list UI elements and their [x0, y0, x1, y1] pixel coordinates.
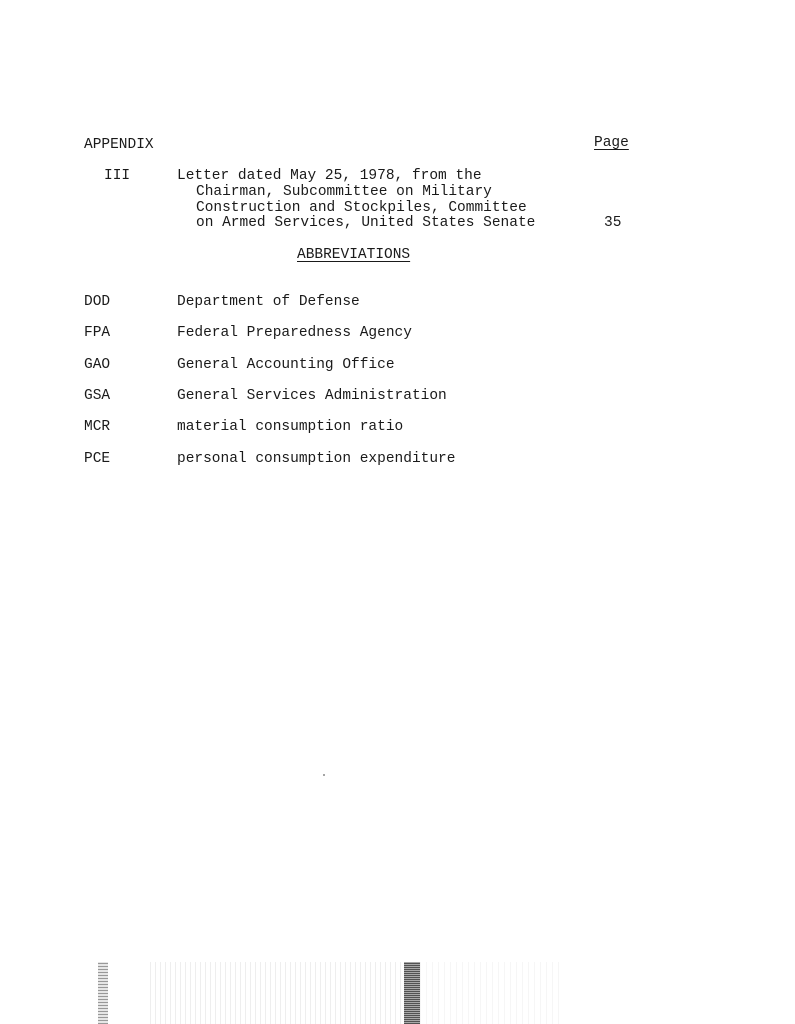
- abbreviations-title: ABBREVIATIONS: [297, 247, 410, 263]
- abbreviation-meaning: General Accounting Office: [177, 357, 395, 373]
- abbreviation-meaning: Department of Defense: [177, 294, 360, 310]
- abbreviation: MCR: [84, 419, 110, 435]
- page-column-heading: Page: [594, 135, 629, 151]
- abbreviation: GAO: [84, 357, 110, 373]
- scan-noise-band: [420, 962, 560, 1024]
- scan-noise-band: [404, 962, 420, 1024]
- abbreviation: GSA: [84, 388, 110, 404]
- appendix-number: III: [104, 168, 130, 184]
- abbreviation-meaning: General Services Administration: [177, 388, 447, 404]
- abbreviation: FPA: [84, 325, 110, 341]
- abbreviation-meaning: personal consumption expenditure: [177, 451, 455, 467]
- scan-speck: [323, 774, 325, 776]
- appendix-page-number: 35: [604, 215, 621, 231]
- appendix-title-line: Letter dated May 25, 1978, from the: [177, 168, 482, 184]
- abbreviation: PCE: [84, 451, 110, 467]
- appendix-heading: APPENDIX: [84, 137, 154, 153]
- scan-noise-band: [150, 962, 410, 1024]
- appendix-title-line: Chairman, Subcommittee on Military: [196, 184, 492, 200]
- appendix-title-line: Construction and Stockpiles, Committee: [196, 200, 527, 216]
- abbreviation: DOD: [84, 294, 110, 310]
- appendix-title-line: on Armed Services, United States Senate: [196, 215, 535, 231]
- abbreviation-meaning: material consumption ratio: [177, 419, 403, 435]
- abbreviation-meaning: Federal Preparedness Agency: [177, 325, 412, 341]
- scan-noise-band: [98, 962, 108, 1024]
